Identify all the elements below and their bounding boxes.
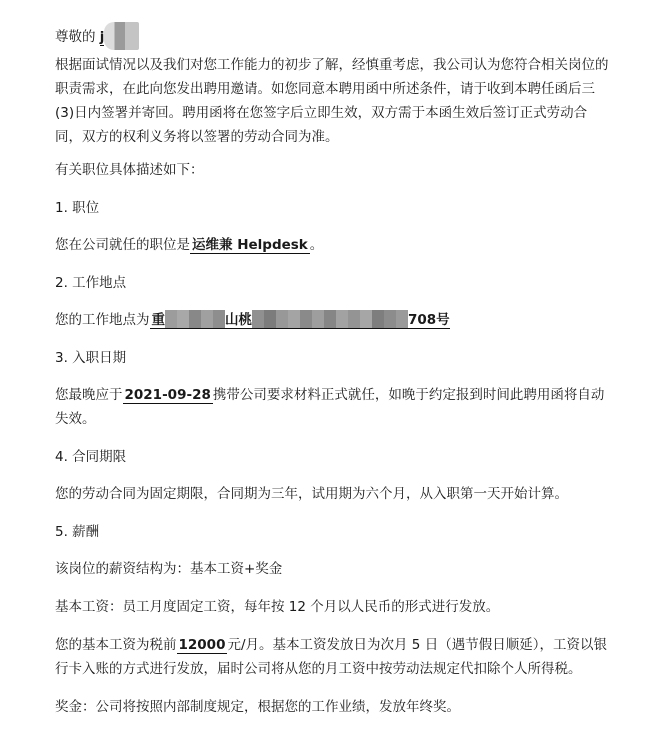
salary-structure: 该岗位的薪资结构为：基本工资+奖金 <box>55 559 282 579</box>
section-heading-contract: 4. 合同期限 <box>55 447 126 467</box>
description-heading: 有关职位具体描述如下： <box>55 160 204 180</box>
start-date-value: 2021-09-28 <box>123 387 213 404</box>
intro-line-1: 根据面试情况以及我们对您工作能力的初步了解，经慎重考虑，我公司认为您符合相关岗位… <box>55 55 609 75</box>
intro-line-2: 职责需求，在此向您发出聘用邀请。如您同意本聘用函中所述条件，请于收到本聘任函后三 <box>55 79 595 99</box>
salary-amount-line-1: 您的基本工资为税前12000元/月。基本工资发放日为次月 5 日（遇节假日顺延）… <box>55 635 607 655</box>
section-heading-position: 1. 职位 <box>55 198 99 218</box>
location-value: 重山桃708号 <box>150 312 450 329</box>
redacted-name-blur <box>104 22 139 50</box>
contract-text: 您的劳动合同为固定期限，合同期为三年，试用期为六个月，从入职第一天开始计算。 <box>55 484 568 504</box>
greeting: 尊敬的 j <box>55 22 139 50</box>
start-date-line-2: 失效。 <box>55 409 96 429</box>
section-heading-location: 2. 工作地点 <box>55 273 126 293</box>
greeting-prefix: 尊敬的 <box>55 29 96 45</box>
location-line: 您的工作地点为重山桃708号 <box>55 310 450 330</box>
intro-line-3: (3)日内签署并寄回。聘用函将在您签字后立即生效，双方需于本函生效后签订正式劳动… <box>55 103 587 123</box>
intro-line-4: 同，双方的权利义务将以签署的劳动合同为准。 <box>55 127 339 147</box>
redacted-address-blur-2 <box>252 310 408 328</box>
section-heading-start-date: 3. 入职日期 <box>55 348 126 368</box>
redacted-address-blur-1 <box>165 310 225 328</box>
position-line: 您在公司就任的职位是运维兼 Helpdesk。 <box>55 235 323 255</box>
salary-amount-value: 12000 <box>177 637 228 654</box>
section-heading-salary: 5. 薪酬 <box>55 522 99 542</box>
salary-amount-line-2: 行卡入账的方式进行发放，届时公司将从您的月工资中按劳动法规定代扣除个人所得税。 <box>55 659 582 679</box>
position-value: 运维兼 Helpdesk <box>190 237 310 254</box>
start-date-line-1: 您最晚应于2021-09-28携带公司要求材料正式就任，如晚于约定报到时间此聘用… <box>55 385 604 405</box>
salary-base-desc: 基本工资：员工月度固定工资，每年按 12 个月以人民币的形式进行发放。 <box>55 597 499 617</box>
salary-bonus: 奖金：公司将按照内部制度规定，根据您的工作业绩，发放年终奖。 <box>55 697 460 717</box>
